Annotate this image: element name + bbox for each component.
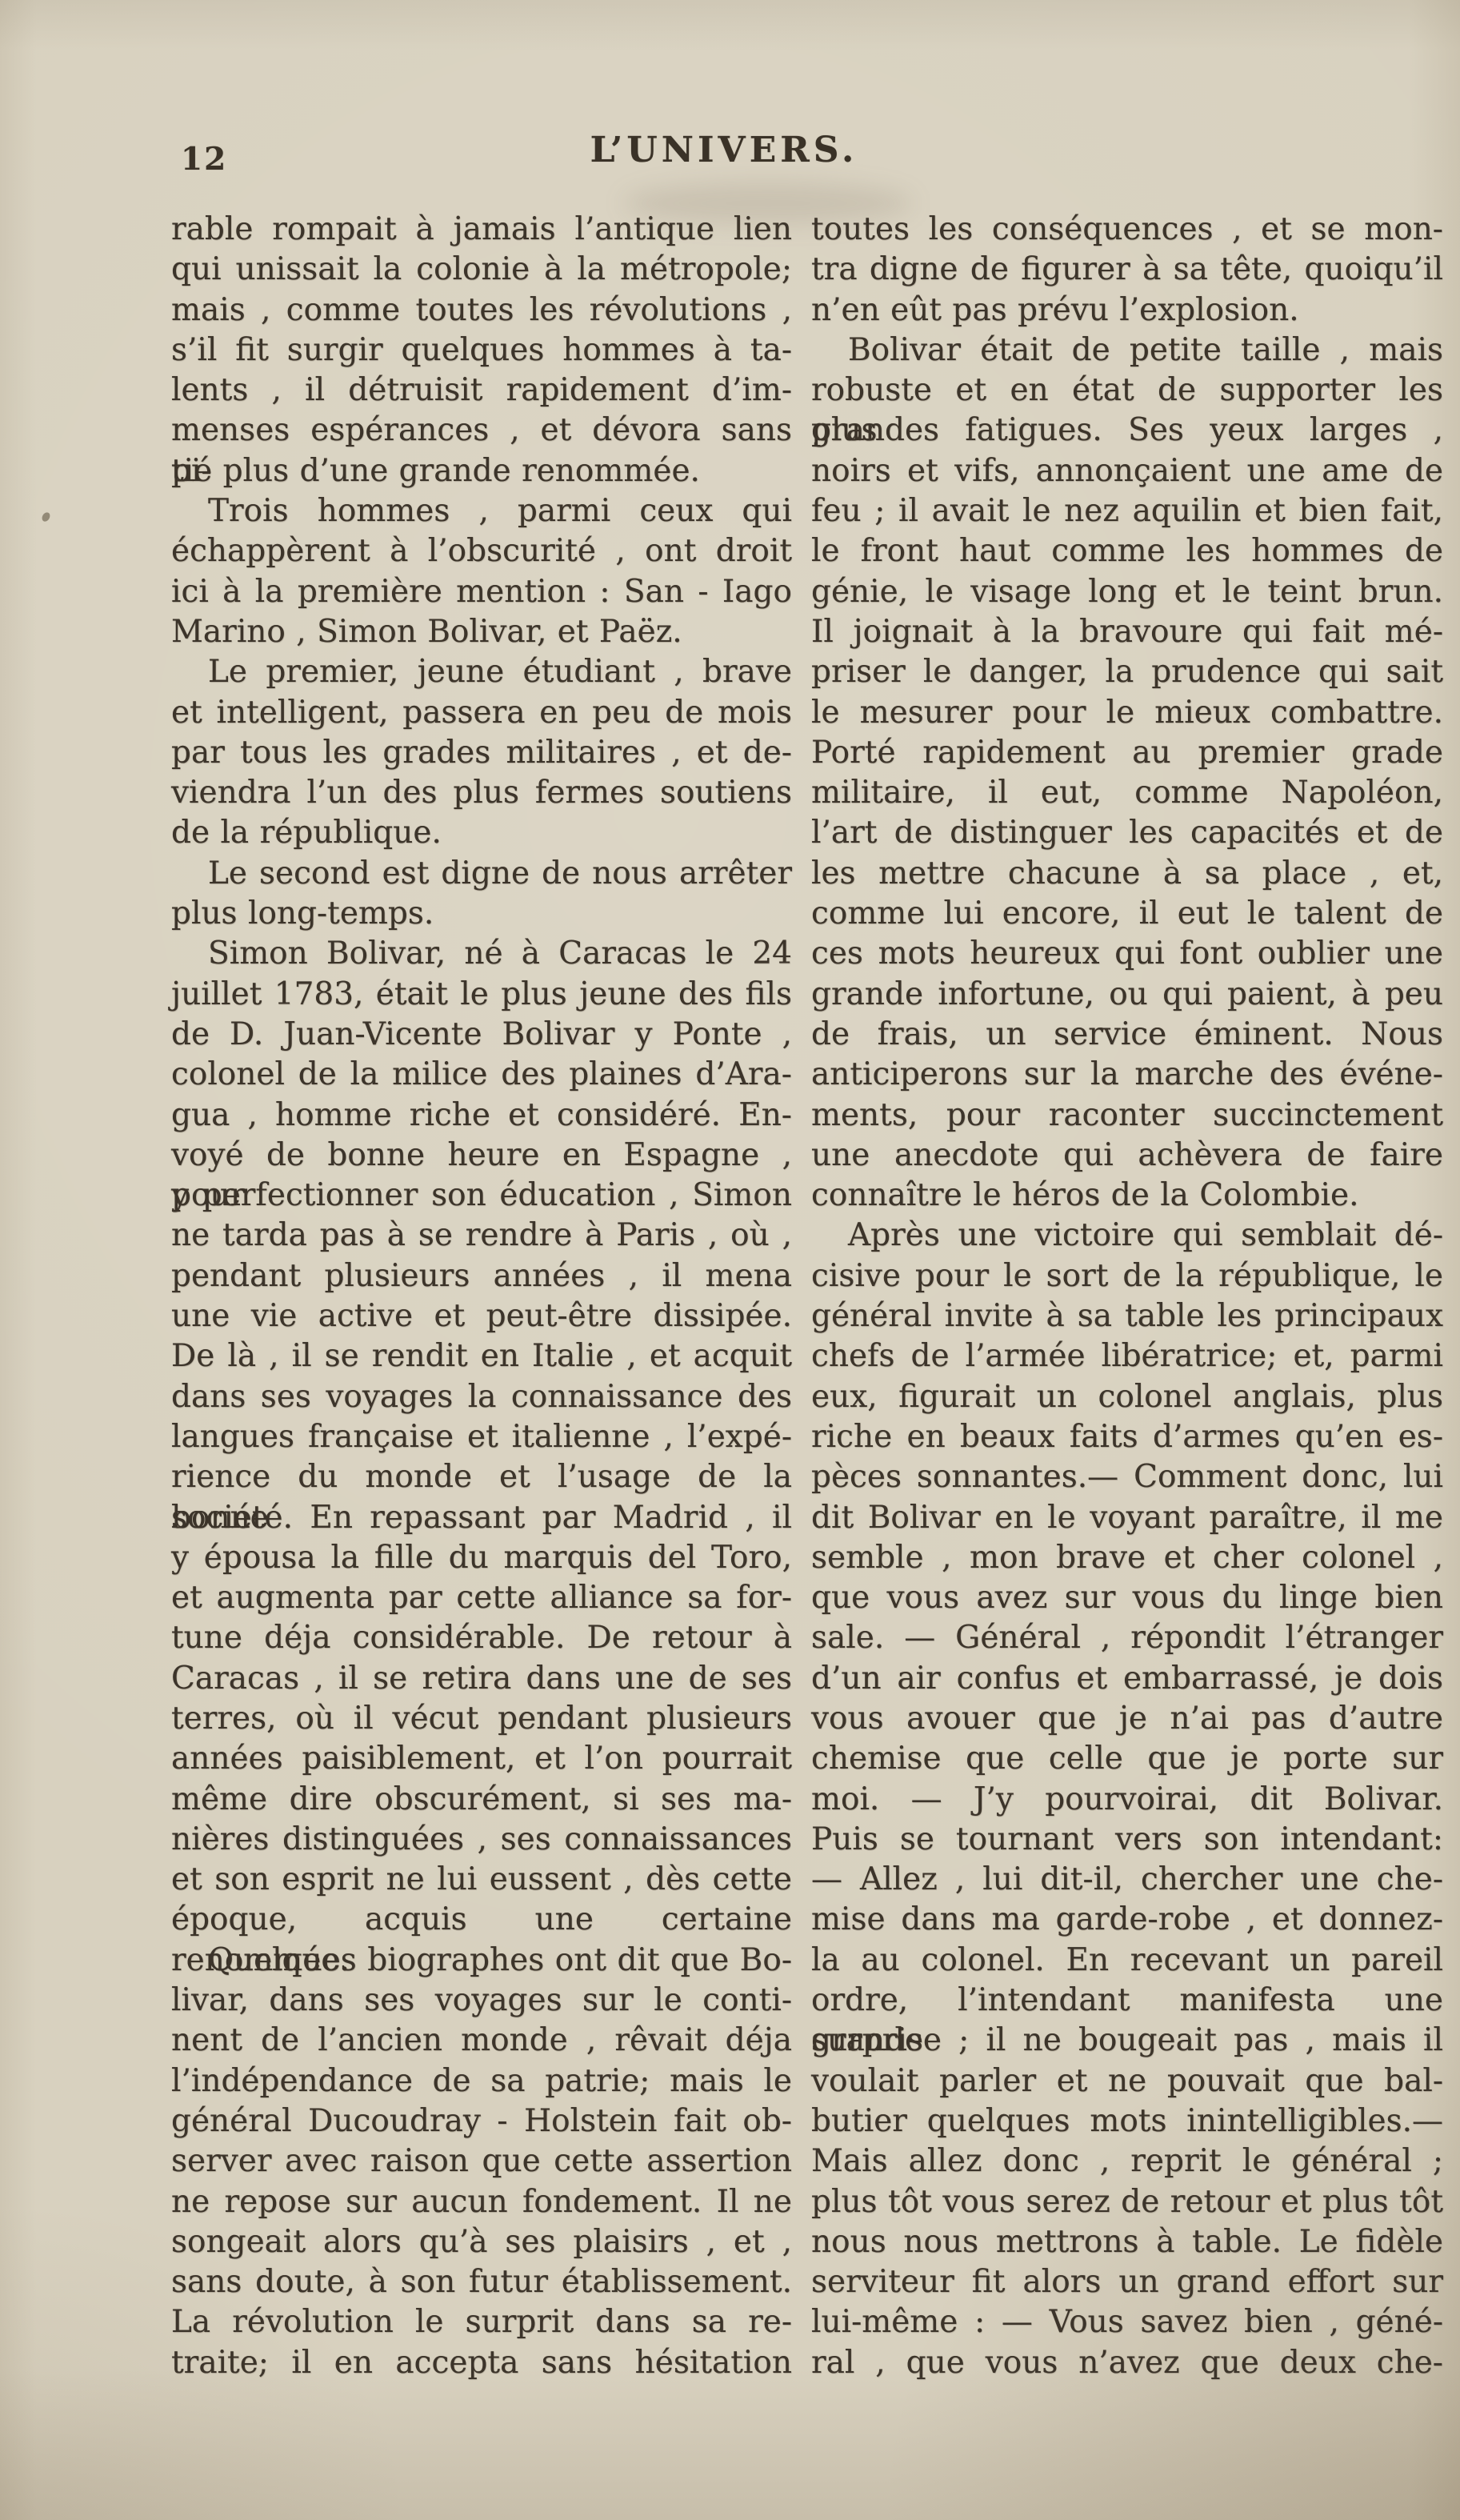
- text-line: ordre, l’intendant manifesta une grande: [811, 1981, 1443, 2021]
- text-line: juillet 1783, était le plus jeune des fi…: [171, 975, 792, 1015]
- text-line: priser le danger, la prudence qui sait: [811, 652, 1443, 692]
- text-line: mais , comme toutes les révolutions ,: [171, 290, 792, 331]
- text-line: pèces sonnantes.— Comment donc, lui: [811, 1457, 1443, 1497]
- text-line: tié plus d’une grande renommée.: [171, 451, 792, 491]
- text-line: terres, où il vécut pendant plusieurs: [171, 1699, 792, 1739]
- text-line: voyé de bonne heure en Espagne , pour: [171, 1136, 792, 1176]
- text-line: Après une victoire qui semblait dé-: [811, 1216, 1443, 1256]
- text-line: et intelligent, passera en peu de mois: [171, 693, 792, 733]
- text-line: nous nous mettrons à table. Le fidèle: [811, 2222, 1443, 2262]
- text-line: serviteur fit alors un grand effort sur: [811, 2262, 1443, 2302]
- text-line: de frais, un service éminent. Nous: [811, 1015, 1443, 1055]
- text-line: la au colonel. En recevant un pareil: [811, 1941, 1443, 1981]
- text-line: que vous avez sur vous du linge bien: [811, 1578, 1443, 1618]
- text-line: ne tarda pas à se rendre à Paris , où ,: [171, 1216, 792, 1256]
- text-line: années paisiblement, et l’on pourrait: [171, 1739, 792, 1779]
- text-line: voulait parler et ne pouvait que bal-: [811, 2061, 1443, 2101]
- left-column: rable rompait à jamais l’antique lienqui…: [171, 210, 792, 2383]
- text-line: le front haut comme les hommes de: [811, 531, 1443, 571]
- text-line: anticiperons sur la marche des événe-: [811, 1055, 1443, 1095]
- text-line: vous avouer que je n’ai pas d’autre: [811, 1699, 1443, 1739]
- text-line: rable rompait à jamais l’antique lien: [171, 210, 792, 250]
- text-line: Caracas , il se retira dans une de ses: [171, 1659, 792, 1699]
- text-line: Trois hommes , parmi ceux qui: [171, 491, 792, 531]
- text-line: et son esprit ne lui eussent , dès cette: [171, 1860, 792, 1900]
- text-line: Quelques biographes ont dit que Bo-: [171, 1941, 792, 1981]
- text-line: nières distinguées , ses connaissances: [171, 1820, 792, 1860]
- text-line: Marino , Simon Bolivar, et Paëz.: [171, 612, 792, 652]
- scanned-book-page: 12 L’UNIVERS. rable rompait à jamais l’a…: [0, 0, 1460, 2520]
- text-line: robuste et en état de supporter les plus: [811, 371, 1443, 411]
- text-line: Mais allez donc , reprit le général ;: [811, 2141, 1443, 2181]
- text-line: semble , mon brave et cher colonel ,: [811, 1538, 1443, 1578]
- text-line: d’un air confus et embarrassé, je dois: [811, 1659, 1443, 1699]
- text-line: Le second est digne de nous arrêter: [171, 854, 792, 894]
- text-line: surprise ; il ne bougeait pas , mais il: [811, 2021, 1443, 2061]
- text-line: gua , homme riche et considéré. En-: [171, 1096, 792, 1136]
- text-line: pendant plusieurs années , il mena: [171, 1256, 792, 1296]
- text-line: l’art de distinguer les capacités et de: [811, 813, 1443, 853]
- text-line: ici à la première mention : San - Iago: [171, 572, 792, 612]
- text-line: y épousa la fille du marquis del Toro,: [171, 1538, 792, 1578]
- text-line: server avec raison que cette assertion: [171, 2141, 792, 2181]
- text-line: livar, dans ses voyages sur le conti-: [171, 1981, 792, 2021]
- text-line: tra digne de figurer à sa tête, quoiqu’i…: [811, 250, 1443, 290]
- text-line: ne repose sur aucun fondement. Il ne: [171, 2182, 792, 2222]
- text-line: langues française et italienne , l’expé-: [171, 1417, 792, 1457]
- text-line: ments, pour raconter succinctement: [811, 1096, 1443, 1136]
- text-line: butier quelques mots inintelligibles.—: [811, 2101, 1443, 2141]
- text-line: Porté rapidement au premier grade: [811, 733, 1443, 773]
- text-line: — Allez , lui dit-il, chercher une che-: [811, 1860, 1443, 1900]
- text-line: riche en beaux faits d’armes qu’en es-: [811, 1417, 1443, 1457]
- text-line: Bolivar était de petite taille , mais: [811, 331, 1443, 371]
- text-line: l’indépendance de sa patrie; mais le: [171, 2061, 792, 2101]
- text-line: Il joignait à la bravoure qui fait mé-: [811, 612, 1443, 652]
- text-line: Simon Bolivar, né à Caracas le 24: [171, 934, 792, 974]
- text-line: comme lui encore, il eut le talent de: [811, 894, 1443, 934]
- text-line: société. En repassant par Madrid , il: [171, 1498, 792, 1538]
- text-line: sans doute, à son futur établissement.: [171, 2262, 792, 2302]
- text-line: lents , il détruisit rapidement d’im-: [171, 371, 792, 411]
- text-line: menses espérances , et dévora sans pi-: [171, 411, 792, 451]
- text-line: n’en eût pas prévu l’explosion.: [811, 290, 1443, 331]
- text-line: époque, acquis une certaine renommée.: [171, 1900, 792, 1940]
- text-line: général Ducoudray - Holstein fait ob-: [171, 2101, 792, 2141]
- text-line: ral , que vous n’avez que deux che-: [811, 2343, 1443, 2383]
- text-line: rience du monde et l’usage de la bonne: [171, 1457, 792, 1497]
- text-line: les mettre chacune à sa place , et,: [811, 854, 1443, 894]
- text-line: viendra l’un des plus fermes soutiens: [171, 773, 792, 813]
- text-line: lui-même : — Vous savez bien , géné-: [811, 2302, 1443, 2342]
- text-line: traite; il en accepta sans hésitation: [171, 2343, 792, 2383]
- text-line: grande infortune, ou qui paient, à peu: [811, 975, 1443, 1015]
- text-line: le mesurer pour le mieux combattre.: [811, 693, 1443, 733]
- text-line: tune déja considérable. De retour à: [171, 1618, 792, 1658]
- text-line: noirs et vifs, annonçaient une ame de: [811, 451, 1443, 491]
- text-line: plus long-temps.: [171, 894, 792, 934]
- text-line: grandes fatigues. Ses yeux larges ,: [811, 411, 1443, 451]
- text-line: y perfectionner son éducation , Simon: [171, 1176, 792, 1216]
- text-line: une anecdote qui achèvera de faire: [811, 1136, 1443, 1176]
- running-title: L’UNIVERS.: [0, 130, 1448, 170]
- text-line: s’il fit surgir quelques hommes à ta-: [171, 331, 792, 371]
- text-line: nent de l’ancien monde , rêvait déja: [171, 2021, 792, 2061]
- text-line: militaire, il eut, comme Napoléon,: [811, 773, 1443, 813]
- text-line: plus tôt vous serez de retour et plus tô…: [811, 2182, 1443, 2222]
- text-line: une vie active et peut-être dissipée.: [171, 1296, 792, 1336]
- text-line: De là , il se rendit en Italie , et acqu…: [171, 1336, 792, 1376]
- right-column: toutes les conséquences , et se mon-tra …: [811, 210, 1443, 2383]
- text-line: de D. Juan-Vicente Bolivar y Ponte ,: [171, 1015, 792, 1055]
- text-line: génie, le visage long et le teint brun.: [811, 572, 1443, 612]
- text-line: même dire obscurément, si ses ma-: [171, 1780, 792, 1820]
- text-line: sale. — Général , répondit l’étranger: [811, 1618, 1443, 1658]
- text-line: et augmenta par cette alliance sa for-: [171, 1578, 792, 1618]
- text-line: mise dans ma garde-robe , et donnez-: [811, 1900, 1443, 1940]
- text-line: ces mots heureux qui font oublier une: [811, 934, 1443, 974]
- text-line: échappèrent à l’obscurité , ont droit: [171, 531, 792, 571]
- text-line: qui unissait la colonie à la métropole;: [171, 250, 792, 290]
- text-line: eux, figurait un colonel anglais, plus: [811, 1377, 1443, 1417]
- text-line: Puis se tournant vers son intendant:: [811, 1820, 1443, 1860]
- text-line: feu ; il avait le nez aquilin et bien fa…: [811, 491, 1443, 531]
- text-line: dit Bolivar en le voyant paraître, il me: [811, 1498, 1443, 1538]
- text-line: toutes les conséquences , et se mon-: [811, 210, 1443, 250]
- text-line: de la république.: [171, 813, 792, 853]
- text-line: Le premier, jeune étudiant , brave: [171, 652, 792, 692]
- paper-speck: [41, 511, 52, 523]
- text-line: moi. — J’y pourvoirai, dit Bolivar.: [811, 1780, 1443, 1820]
- text-line: chemise que celle que je porte sur: [811, 1739, 1443, 1779]
- text-line: par tous les grades militaires , et de-: [171, 733, 792, 773]
- text-line: connaître le héros de la Colombie.: [811, 1176, 1443, 1216]
- text-line: chefs de l’armée libératrice; et, parmi: [811, 1336, 1443, 1376]
- text-line: général invite à sa table les principaux: [811, 1296, 1443, 1336]
- text-line: La révolution le surprit dans sa re-: [171, 2302, 792, 2342]
- text-line: cisive pour le sort de la république, le: [811, 1256, 1443, 1296]
- text-line: colonel de la milice des plaines d’Ara-: [171, 1055, 792, 1095]
- text-line: dans ses voyages la connaissance des: [171, 1377, 792, 1417]
- text-line: songeait alors qu’à ses plaisirs , et ,: [171, 2222, 792, 2262]
